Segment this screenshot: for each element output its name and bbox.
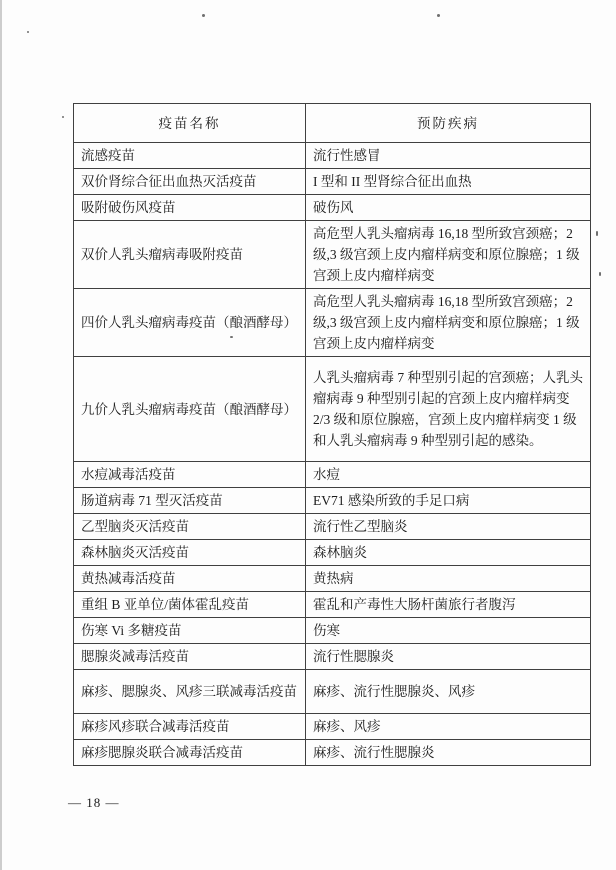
table-row: 肠道病毒 71 型灭活疫苗 EV71 感染所致的手足口病 <box>74 488 591 514</box>
header-row: 疫苗名称 预防疾病 <box>74 104 591 143</box>
scan-edge-artifact <box>0 0 2 870</box>
vaccine-name-cell: 双价人乳头瘤病毒吸附疫苗 <box>74 221 306 289</box>
vaccine-table: 疫苗名称 预防疾病 流感疫苗 流行性感冒 双价肾综合征出血热灭活疫苗 I 型和 … <box>73 103 591 766</box>
disease-cell: 水痘 <box>306 462 591 488</box>
table-row: 九价人乳头瘤病毒疫苗（酿酒酵母） 人乳头瘤病毒 7 种型别引起的宫颈癌；人乳头瘤… <box>74 357 591 462</box>
vaccine-table-body: 流感疫苗 流行性感冒 双价肾综合征出血热灭活疫苗 I 型和 II 型肾综合征出血… <box>74 143 591 766</box>
vaccine-name-cell: 双价肾综合征出血热灭活疫苗 <box>74 169 306 195</box>
scan-speck <box>599 272 601 276</box>
vaccine-name-cell: 肠道病毒 71 型灭活疫苗 <box>74 488 306 514</box>
vaccine-name-cell: 腮腺炎减毒活疫苗 <box>74 644 306 670</box>
column-header-prevented-disease: 预防疾病 <box>306 104 591 143</box>
disease-cell: 森林脑炎 <box>306 540 591 566</box>
table-row: 腮腺炎减毒活疫苗 流行性腮腺炎 <box>74 644 591 670</box>
vaccine-name-cell: 乙型脑炎灭活疫苗 <box>74 514 306 540</box>
scan-speck <box>202 14 205 17</box>
disease-cell: 黄热病 <box>306 566 591 592</box>
table-row: 流感疫苗 流行性感冒 <box>74 143 591 169</box>
table-row: 水痘减毒活疫苗 水痘 <box>74 462 591 488</box>
vaccine-name-cell: 森林脑炎灭活疫苗 <box>74 540 306 566</box>
disease-cell: 人乳头瘤病毒 7 种型别引起的宫颈癌；人乳头瘤病毒 9 种型别引起的宫颈上皮内瘤… <box>306 357 591 462</box>
table-row: 吸附破伤风疫苗 破伤风 <box>74 195 591 221</box>
table-row: 森林脑炎灭活疫苗 森林脑炎 <box>74 540 591 566</box>
table-row: 麻疹、腮腺炎、风疹三联减毒活疫苗 麻疹、流行性腮腺炎、风疹 <box>74 670 591 714</box>
vaccine-name-cell: 重组 B 亚单位/菌体霍乱疫苗 <box>74 592 306 618</box>
vaccine-name-cell: 麻疹腮腺炎联合减毒活疫苗 <box>74 740 306 766</box>
table-row: 麻疹腮腺炎联合减毒活疫苗 麻疹、流行性腮腺炎 <box>74 740 591 766</box>
disease-cell: 流行性乙型脑炎 <box>306 514 591 540</box>
disease-cell: 麻疹、流行性腮腺炎 <box>306 740 591 766</box>
disease-cell: 霍乱和产毒性大肠杆菌旅行者腹泻 <box>306 592 591 618</box>
vaccine-name-cell: 麻疹风疹联合减毒活疫苗 <box>74 714 306 740</box>
vaccine-name-cell: 黄热减毒活疫苗 <box>74 566 306 592</box>
disease-cell: 伤寒 <box>306 618 591 644</box>
vaccine-name-cell: 吸附破伤风疫苗 <box>74 195 306 221</box>
vaccine-table-header: 疫苗名称 预防疾病 <box>74 104 591 143</box>
column-header-vaccine-name: 疫苗名称 <box>74 104 306 143</box>
vaccine-name-cell: 九价人乳头瘤病毒疫苗（酿酒酵母） <box>74 357 306 462</box>
table-row: 四价人乳头瘤病毒疫苗（酿酒酵母） 高危型人乳头瘤病毒 16,18 型所致宫颈癌；… <box>74 289 591 357</box>
scan-speck <box>437 14 440 17</box>
table-row: 黄热减毒活疫苗 黄热病 <box>74 566 591 592</box>
disease-cell: 流行性腮腺炎 <box>306 644 591 670</box>
vaccine-name-cell: 伤寒 Vi 多糖疫苗 <box>74 618 306 644</box>
table-row: 伤寒 Vi 多糖疫苗 伤寒 <box>74 618 591 644</box>
scan-speck <box>27 31 29 33</box>
disease-cell: 破伤风 <box>306 195 591 221</box>
disease-cell: 高危型人乳头瘤病毒 16,18 型所致宫颈癌；2 级,3 级宫颈上皮内瘤样病变和… <box>306 221 591 289</box>
scan-speck <box>62 116 64 118</box>
table-row: 双价肾综合征出血热灭活疫苗 I 型和 II 型肾综合征出血热 <box>74 169 591 195</box>
disease-cell: 高危型人乳头瘤病毒 16,18 型所致宫颈癌；2 级,3 级宫颈上皮内瘤样病变和… <box>306 289 591 357</box>
disease-cell: 麻疹、流行性腮腺炎、风疹 <box>306 670 591 714</box>
table-row: 乙型脑炎灭活疫苗 流行性乙型脑炎 <box>74 514 591 540</box>
vaccine-name-cell: 麻疹、腮腺炎、风疹三联减毒活疫苗 <box>74 670 306 714</box>
scan-speck <box>596 231 598 236</box>
page-number: — 18 — <box>68 795 120 811</box>
disease-cell: EV71 感染所致的手足口病 <box>306 488 591 514</box>
table-row: 麻疹风疹联合减毒活疫苗 麻疹、风疹 <box>74 714 591 740</box>
disease-cell: 流行性感冒 <box>306 143 591 169</box>
disease-cell: 麻疹、风疹 <box>306 714 591 740</box>
disease-cell: I 型和 II 型肾综合征出血热 <box>306 169 591 195</box>
table-row: 双价人乳头瘤病毒吸附疫苗 高危型人乳头瘤病毒 16,18 型所致宫颈癌；2 级,… <box>74 221 591 289</box>
vaccine-name-cell: 四价人乳头瘤病毒疫苗（酿酒酵母） <box>74 289 306 357</box>
table-row: 重组 B 亚单位/菌体霍乱疫苗 霍乱和产毒性大肠杆菌旅行者腹泻 <box>74 592 591 618</box>
vaccine-name-cell: 流感疫苗 <box>74 143 306 169</box>
vaccine-name-cell: 水痘减毒活疫苗 <box>74 462 306 488</box>
scanned-document-page: 疫苗名称 预防疾病 流感疫苗 流行性感冒 双价肾综合征出血热灭活疫苗 I 型和 … <box>0 0 616 870</box>
